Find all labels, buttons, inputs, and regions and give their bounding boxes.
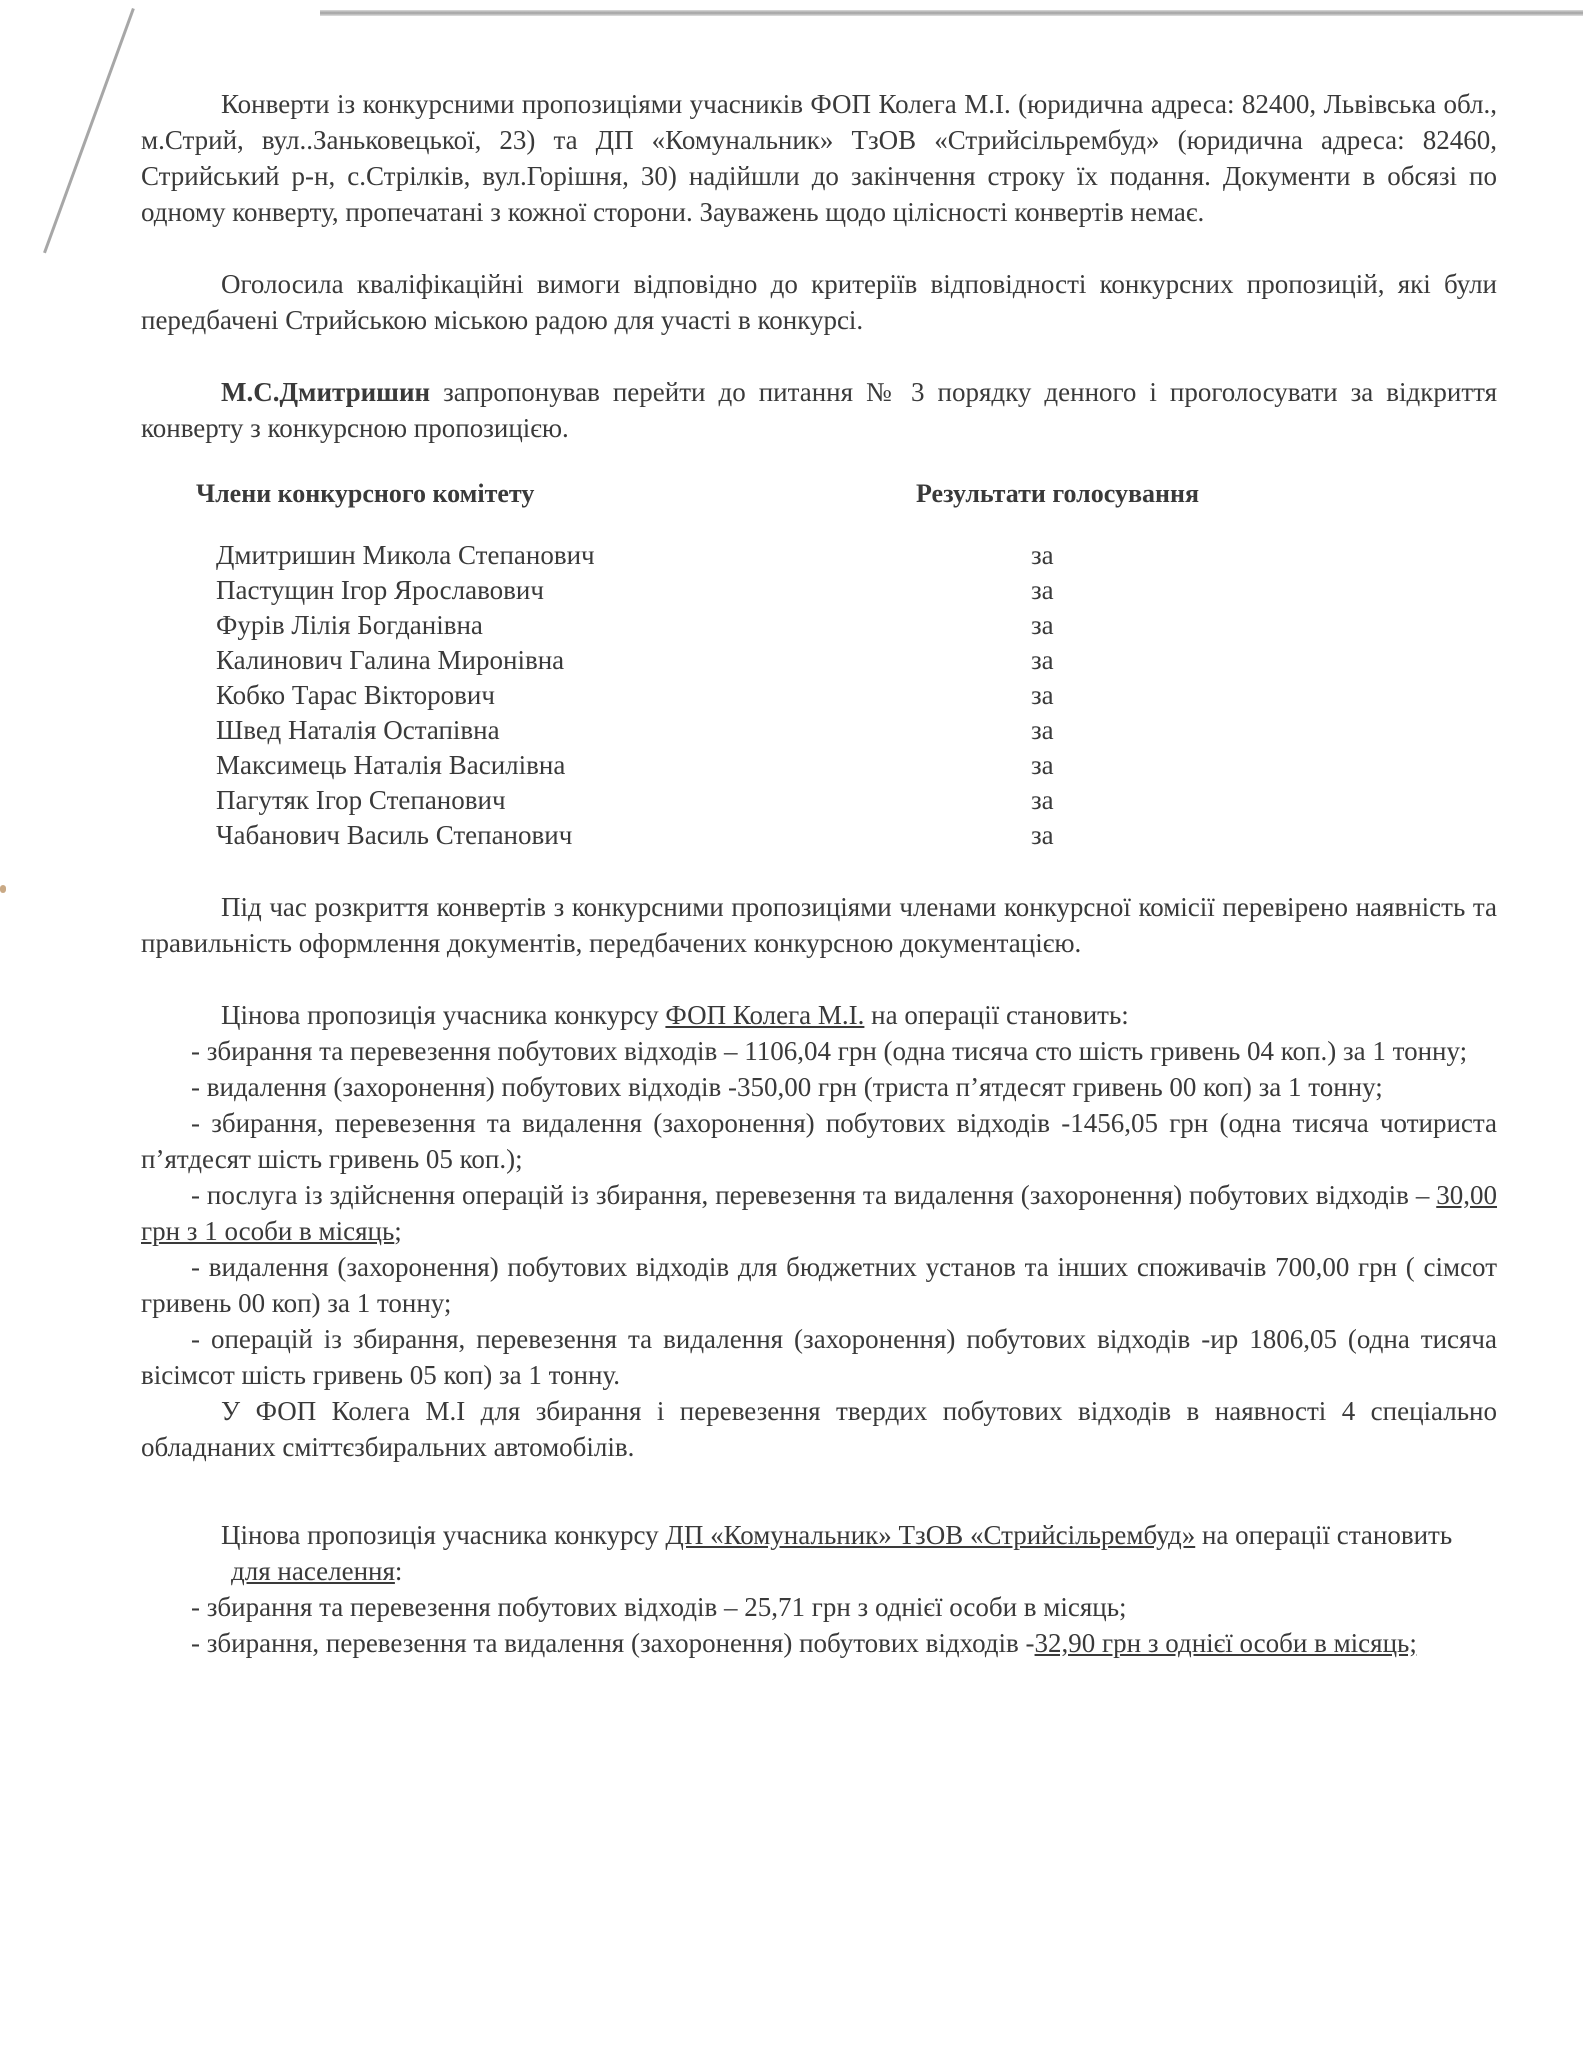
vote-result: за: [1031, 643, 1091, 678]
offer2-intro-suffix: на операції становить: [1195, 1520, 1452, 1550]
scan-artifact-mark: [0, 885, 6, 893]
offer2-intro-text: Цінова пропозиція учасника конкурсу: [221, 1520, 665, 1550]
vote-table-header: Члени конкурсного комітету Результати го…: [141, 476, 1497, 512]
subheading-suffix: :: [395, 1556, 403, 1586]
table-row: Фурів Лілія Богданівназа: [216, 608, 1497, 643]
header-results: Результати голосування: [916, 476, 1199, 512]
table-row: Кобко Тарас Вікторовичза: [216, 678, 1497, 713]
offer2-subheading: для населення:: [141, 1553, 1497, 1589]
table-row: Чабанович Василь Степановичза: [216, 818, 1497, 853]
offer1-service-item: - послуга із здійснення операцій із збир…: [141, 1177, 1497, 1249]
service-text: - послуга із здійснення операцій із збир…: [191, 1180, 1436, 1210]
service-suffix: ;: [394, 1216, 402, 1246]
paragraph-envelopes: Конверти із конкурсними пропозиціями уча…: [141, 86, 1497, 230]
subheading-population: для населення: [231, 1556, 395, 1586]
member-name: Кобко Тарас Вікторович: [216, 678, 1031, 713]
member-name: Швед Наталія Остапівна: [216, 713, 1031, 748]
table-row: Пагутяк Ігор Степановичза: [216, 783, 1497, 818]
offer2-item2-text: - збирання, перевезення та видалення (за…: [191, 1628, 1035, 1658]
member-name: Пастущин Ігор Ярославович: [216, 573, 1031, 608]
vote-result: за: [1031, 818, 1091, 853]
member-name: Фурів Лілія Богданівна: [216, 608, 1031, 643]
vote-result: за: [1031, 783, 1091, 818]
offer2-intro: Цінова пропозиція учасника конкурсу ДП «…: [141, 1517, 1497, 1553]
vote-result: за: [1031, 573, 1091, 608]
offer1-item: - операцій із збирання, перевезення та в…: [141, 1321, 1497, 1393]
offer1-item: - видалення (захоронення) побутових відх…: [141, 1249, 1497, 1321]
member-name: Чабанович Василь Степанович: [216, 818, 1031, 853]
offer1-item: - видалення (захоронення) побутових відх…: [141, 1069, 1497, 1105]
member-name: Пагутяк Ігор Степанович: [216, 783, 1031, 818]
offer1-vehicles: У ФОП Колега М.І для збирання і перевезе…: [141, 1393, 1497, 1465]
document-page: Конверти із конкурсними пропозиціями уча…: [141, 86, 1497, 1661]
vote-table: Дмитришин Микола Степановичза Пастущин І…: [141, 538, 1497, 853]
offer2-participant: ДП «Комунальник» ТзОВ «Стрийсільрембуд»: [665, 1520, 1195, 1550]
offer1-participant: ФОП Колега М.І.: [665, 1000, 864, 1030]
offer1-item: - збирання та перевезення побутових відх…: [141, 1033, 1497, 1069]
scan-edge-top: [320, 10, 1583, 16]
vote-result: за: [1031, 713, 1091, 748]
offer1-intro-suffix: на операції становить:: [864, 1000, 1128, 1030]
table-row: Дмитришин Микола Степановичза: [216, 538, 1497, 573]
table-row: Пастущин Ігор Ярославовичза: [216, 573, 1497, 608]
vote-result: за: [1031, 748, 1091, 783]
offer2-item: - збирання та перевезення побутових відх…: [141, 1589, 1497, 1625]
member-name: Калинович Галина Миронівна: [216, 643, 1031, 678]
member-name: Максимець Наталія Василівна: [216, 748, 1031, 783]
offer2-item2-price: 32,90 грн з однієї особи в місяць;: [1035, 1628, 1417, 1658]
paragraph-proposal: М.С.Дмитришин запропонував перейти до пи…: [141, 374, 1497, 446]
vote-result: за: [1031, 608, 1091, 643]
offer1-intro-text: Цінова пропозиція учасника конкурсу: [221, 1000, 665, 1030]
vote-result: за: [1031, 678, 1091, 713]
member-name: Дмитришин Микола Степанович: [216, 538, 1031, 573]
table-row: Калинович Галина Миронівназа: [216, 643, 1497, 678]
offer1-item: - збирання, перевезення та видалення (за…: [141, 1105, 1497, 1177]
table-row: Максимець Наталія Василівназа: [216, 748, 1497, 783]
paragraph-qualification: Оголосила кваліфікаційні вимоги відповід…: [141, 266, 1497, 338]
header-members: Члени конкурсного комітету: [141, 476, 916, 512]
paragraph-opening: Під час розкриття конвертів з конкурсним…: [141, 889, 1497, 961]
speaker-name: М.С.Дмитришин: [221, 377, 430, 407]
table-row: Швед Наталія Остапівназа: [216, 713, 1497, 748]
vote-result: за: [1031, 538, 1091, 573]
offer1-intro: Цінова пропозиція учасника конкурсу ФОП …: [141, 997, 1497, 1033]
scan-edge-diagonal: [43, 8, 135, 253]
offer2-item: - збирання, перевезення та видалення (за…: [141, 1625, 1497, 1661]
